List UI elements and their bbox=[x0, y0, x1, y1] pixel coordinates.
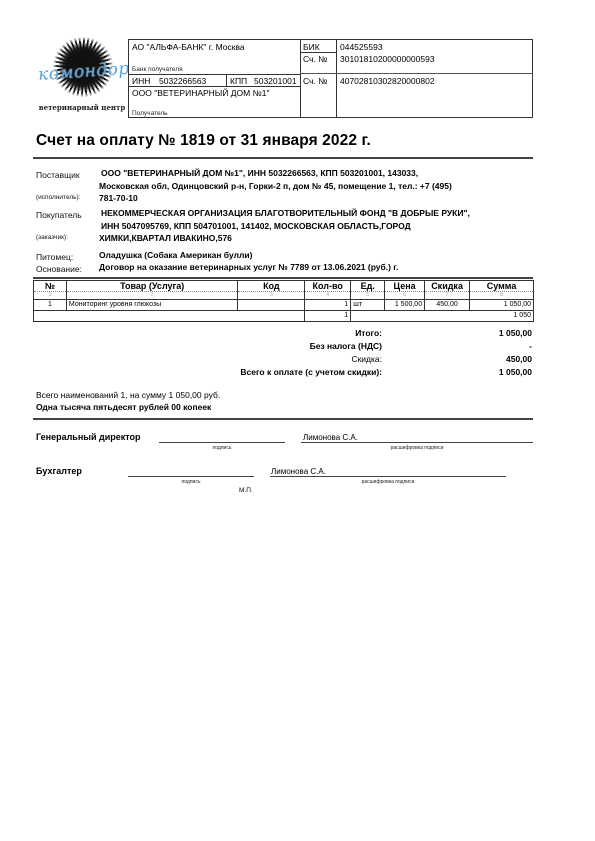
total-value: 1 050,00 bbox=[499, 328, 532, 338]
accountant-decode-line bbox=[270, 476, 506, 477]
corr-account-value: 30101810200000000593 bbox=[340, 54, 435, 64]
column-header: Ед. bbox=[351, 281, 385, 292]
item-name: Мониторинг уровня глюкозы bbox=[66, 300, 238, 311]
buyer-line-3: ХИМКИ,КВАРТАЛ ИВАКИНО,576 bbox=[99, 232, 232, 245]
bank-details-table: АО "АЛЬФА-БАНК" г. Москва Банк получател… bbox=[128, 39, 533, 118]
buyer-sublabel: (заказчик): bbox=[36, 234, 68, 241]
account-value: 40702810302820000802 bbox=[340, 76, 435, 86]
director-label: Генеральный директор bbox=[36, 432, 141, 442]
summary-qty: 1 bbox=[305, 311, 351, 322]
item-qty: 1 bbox=[305, 300, 351, 311]
kpp-value: 503201001 bbox=[254, 76, 297, 86]
column-number: 3 bbox=[238, 292, 305, 300]
recipient-name: ООО "ВЕТЕРИНАРНЫЙ ДОМ №1" bbox=[132, 88, 269, 98]
supplier-line-3: 781-70-10 bbox=[99, 192, 138, 205]
company-logo: комондор ветеринарный центр bbox=[36, 40, 126, 115]
summary-sum: 1 050 bbox=[351, 311, 534, 322]
buyer-label: Покупатель bbox=[36, 210, 82, 220]
item-price: 1 500,00 bbox=[385, 300, 425, 311]
supplier-label: Поставщик bbox=[36, 170, 80, 180]
decode-caption: расшифровка подписи bbox=[301, 445, 533, 451]
column-header: Скидка bbox=[425, 281, 470, 292]
divider bbox=[33, 157, 533, 159]
inn-value: 5032266563 bbox=[159, 76, 206, 86]
bank-name: АО "АЛЬФА-БАНК" г. Москва bbox=[132, 42, 245, 52]
column-number: 7 bbox=[425, 292, 470, 300]
recipient-label: Получатель bbox=[132, 109, 168, 119]
supplier-line-2: Московская обл, Одинцовский р-н, Горки-2… bbox=[99, 180, 452, 193]
table-row: 1 Мониторинг уровня глюкозы 1 шт 1 500,0… bbox=[34, 300, 534, 311]
signature-caption: подпись bbox=[128, 479, 254, 485]
director-signature-line bbox=[159, 442, 285, 443]
accountant-name: Лимонова С.А. bbox=[271, 467, 326, 476]
items-table: № Товар (Услуга) Код Кол-во Ед. Цена Ски… bbox=[33, 280, 534, 322]
invoice-title: Счет на оплату № 1819 от 31 января 2022 … bbox=[36, 132, 371, 150]
supplier-line-1: ООО "ВЕТЕРИНАРНЫЙ ДОМ №1", ИНН 503226656… bbox=[101, 167, 418, 180]
column-number: 4 bbox=[305, 292, 351, 300]
item-number: 1 bbox=[34, 300, 67, 311]
buyer-line-1: НЕКОММЕРЧЕСКАЯ ОРГАНИЗАЦИЯ БЛАГОТВОРИТЕЛ… bbox=[101, 207, 470, 220]
table-header-row: № Товар (Услуга) Код Кол-во Ед. Цена Ски… bbox=[34, 281, 534, 292]
column-header: Код bbox=[238, 281, 305, 292]
table-summary-row: 1 1 050 bbox=[34, 311, 534, 322]
supplier-sublabel: (исполнитель): bbox=[36, 194, 81, 201]
amount-in-words: Одна тысяча пятьдесят рублей 00 копеек bbox=[36, 402, 211, 412]
inn-label: ИНН bbox=[132, 76, 150, 86]
column-number: 1 bbox=[34, 292, 67, 300]
director-decode-line bbox=[301, 442, 533, 443]
vat-label: Без налога (НДС) bbox=[310, 341, 382, 351]
column-number: 2 bbox=[66, 292, 238, 300]
basis-label: Основание: bbox=[36, 264, 82, 274]
column-number-row: 1 2 3 4 5 6 7 8 bbox=[34, 292, 534, 300]
basis-value: Договор на оказание ветеринарных услуг №… bbox=[99, 261, 398, 274]
account-label: Сч. № bbox=[303, 76, 327, 86]
summary-blank bbox=[34, 311, 305, 322]
item-code bbox=[238, 300, 305, 311]
stamp-place: М.П. bbox=[239, 487, 253, 494]
item-discount: 450,00 bbox=[425, 300, 470, 311]
pet-label: Питомец: bbox=[36, 252, 73, 262]
column-number: 8 bbox=[470, 292, 534, 300]
column-header: Кол-во bbox=[305, 281, 351, 292]
bik-label: БИК bbox=[303, 42, 320, 52]
director-name: Лимонова С.А. bbox=[303, 433, 358, 442]
bik-value: 044525593 bbox=[340, 42, 383, 52]
kpp-label: КПП bbox=[230, 76, 247, 86]
vat-value: - bbox=[529, 341, 532, 351]
divider bbox=[33, 418, 533, 420]
item-sum: 1 050,00 bbox=[470, 300, 534, 311]
decode-caption: расшифровка подписи bbox=[270, 479, 506, 485]
grand-total-value: 1 050,00 bbox=[499, 367, 532, 377]
grand-total-label: Всего к оплате (с учетом скидки): bbox=[240, 367, 382, 377]
item-unit: шт bbox=[351, 300, 385, 311]
discount-value: 450,00 bbox=[506, 354, 532, 364]
column-number: 6 bbox=[385, 292, 425, 300]
total-label: Итого: bbox=[355, 328, 382, 338]
logo-brand-text: комондор bbox=[37, 59, 126, 85]
items-count-summary: Всего наименований 1, на сумму 1 050,00 … bbox=[36, 390, 220, 400]
accountant-label: Бухгалтер bbox=[36, 466, 82, 476]
signature-caption: подпись bbox=[159, 445, 285, 451]
column-header: № bbox=[34, 281, 67, 292]
column-header: Товар (Услуга) bbox=[66, 281, 238, 292]
logo-tagline: ветеринарный центр bbox=[36, 103, 128, 112]
column-header: Цена bbox=[385, 281, 425, 292]
corr-account-label: Сч. № bbox=[303, 54, 327, 64]
accountant-signature-line bbox=[128, 476, 254, 477]
column-number: 5 bbox=[351, 292, 385, 300]
divider bbox=[33, 277, 533, 279]
column-header: Сумма bbox=[470, 281, 534, 292]
discount-label: Скидка: bbox=[351, 354, 382, 364]
